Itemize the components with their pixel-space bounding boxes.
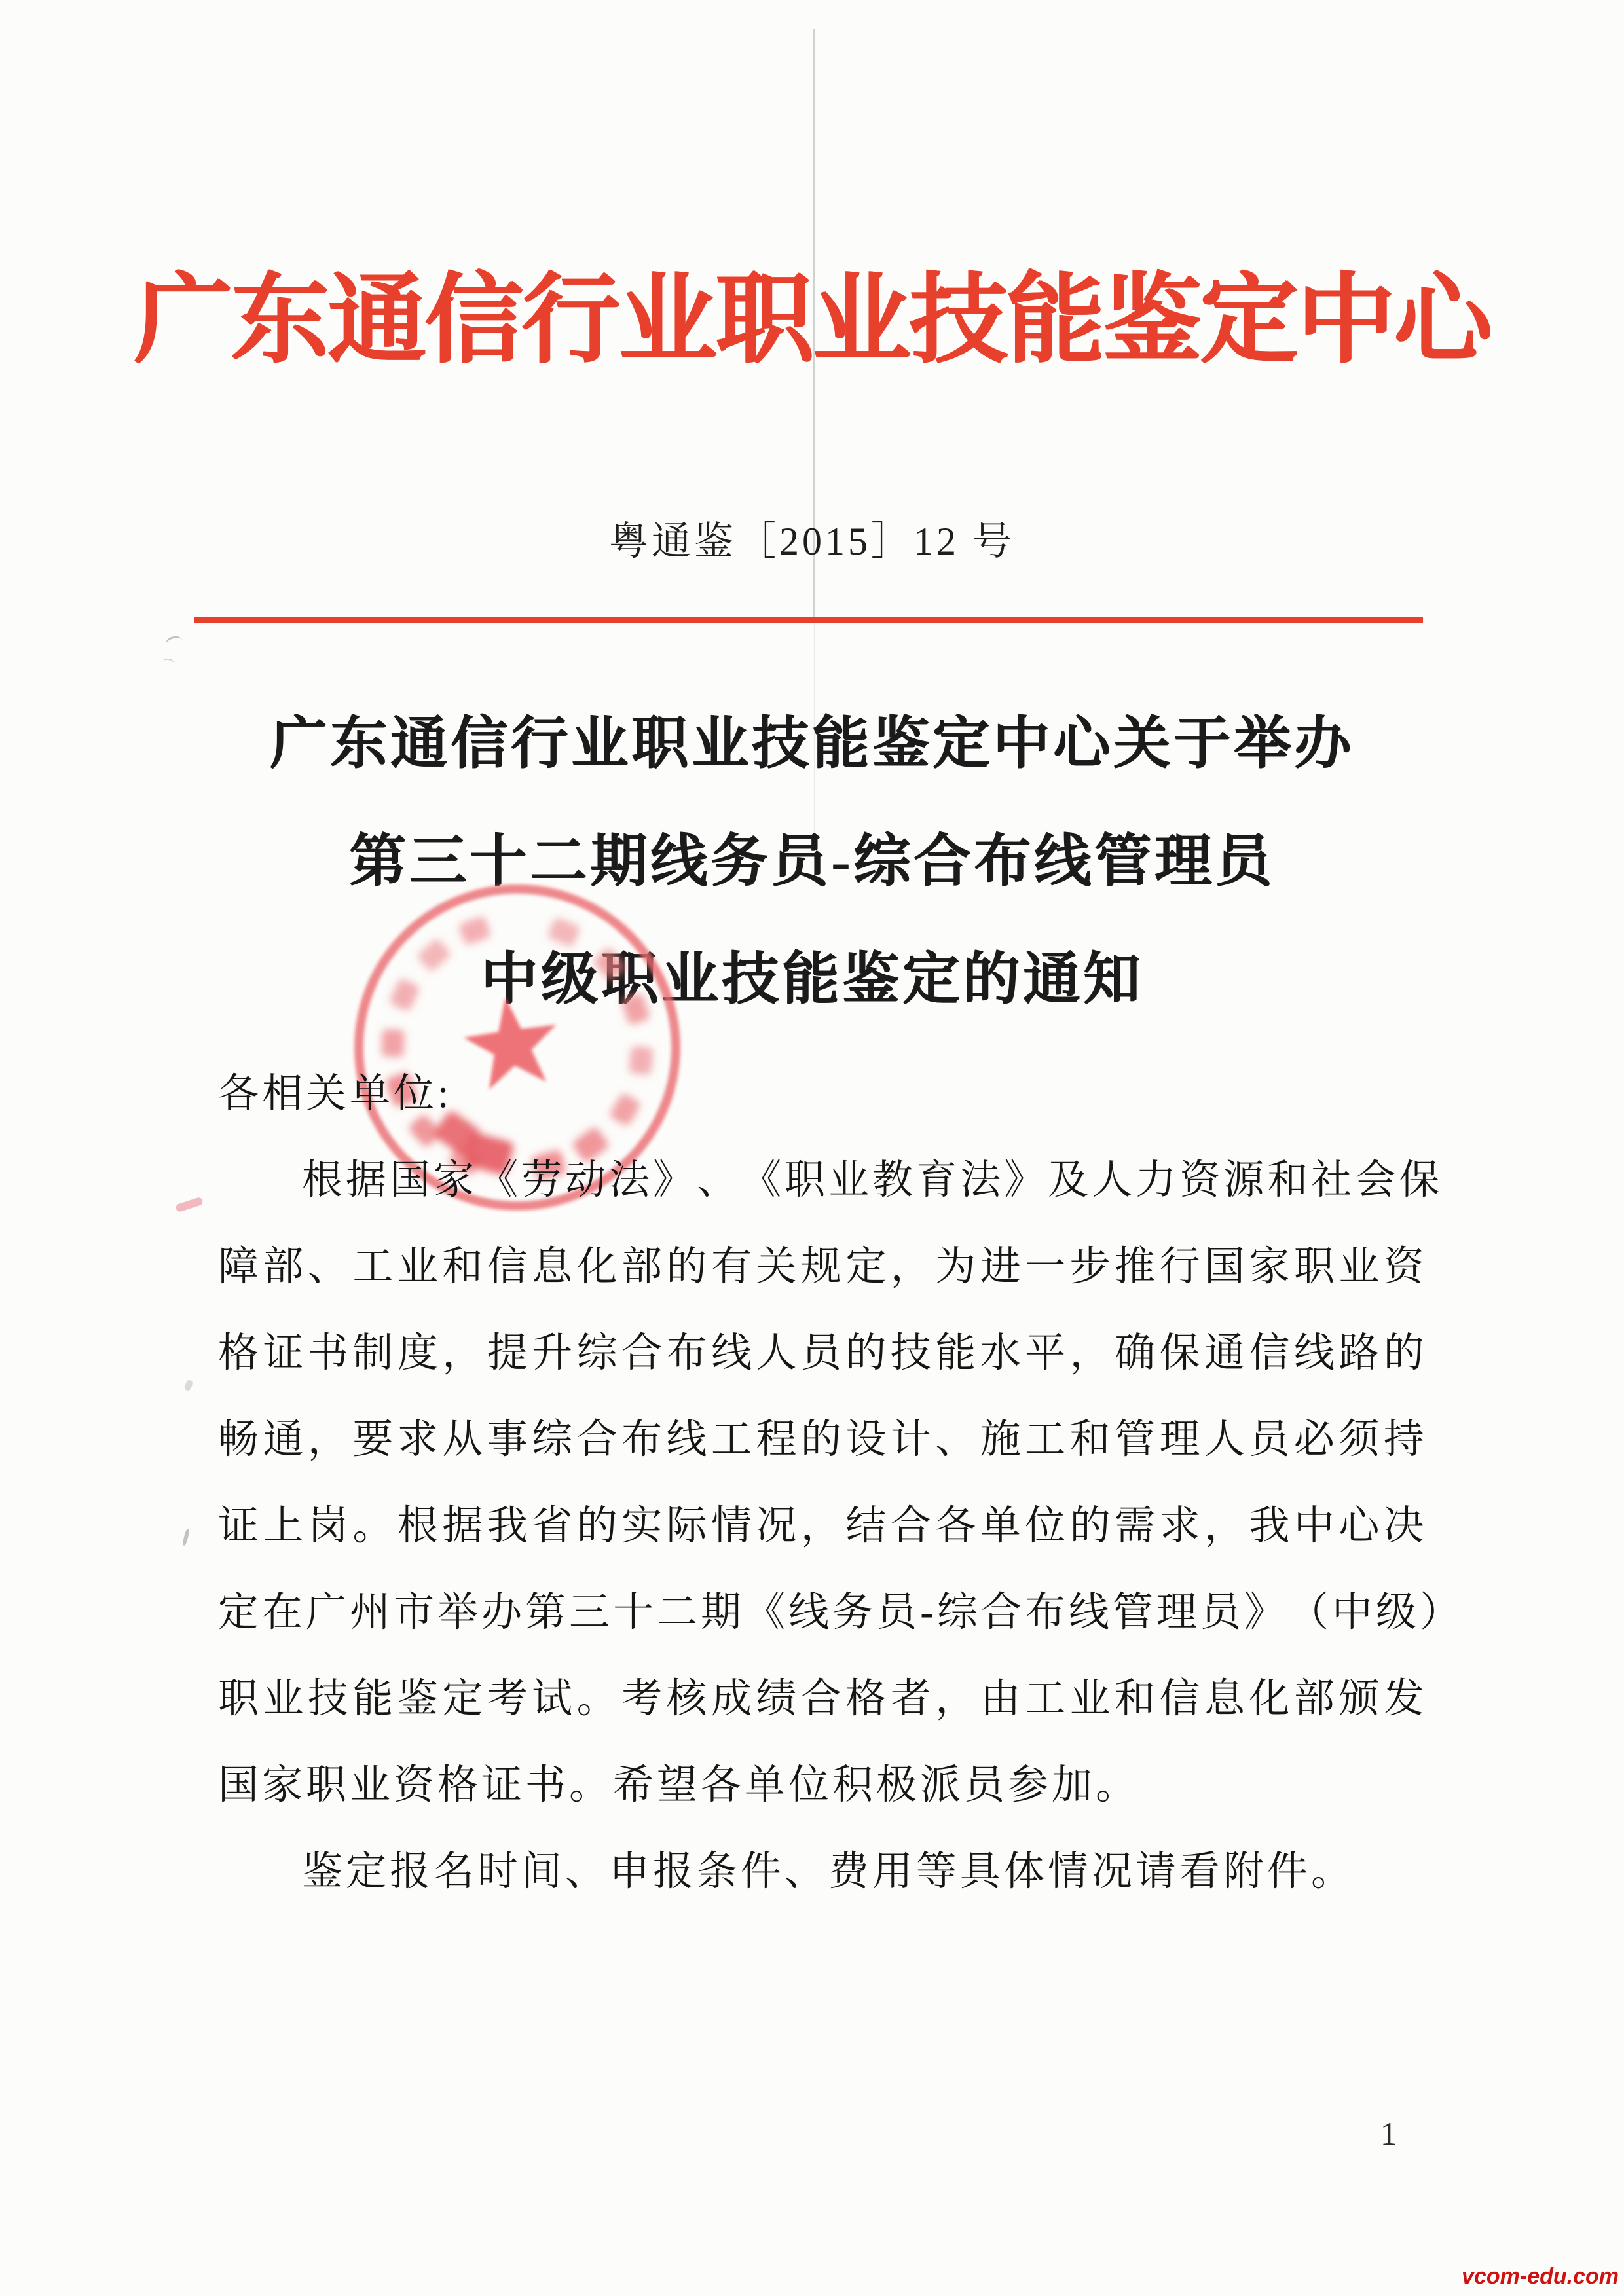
body-line: 证上岗。根据我省的实际情况，结合各单位的需求，我中心决	[218, 1483, 1428, 1569]
body-line: 职业技能鉴定考试。考核成绩合格者，由工业和信息化部颁发	[218, 1656, 1428, 1742]
body-line: 定在广州市举办第三十二期《线务员-综合布线管理员》（中级）	[218, 1569, 1428, 1656]
scan-speckle	[184, 1379, 194, 1391]
scan-speckle	[175, 1197, 204, 1212]
body-line: 畅通，要求从事综合布线工程的设计、施工和管理人员必须持	[218, 1396, 1428, 1483]
body-line: 根据国家《劳动法》、《职业教育法》及人力资源和社会保	[218, 1137, 1428, 1224]
page-number: 1	[1380, 2115, 1397, 2153]
document-title-line-1: 广东通信行业职业技能鉴定中心关于举办	[0, 685, 1624, 803]
document-body: 各相关单位: 根据国家《劳动法》、《职业教育法》及人力资源和社会保 障部、工业和…	[218, 1051, 1428, 1915]
body-line: 国家职业资格证书。希望各单位积极派员参加。	[218, 1742, 1428, 1829]
red-separator-rule	[194, 617, 1423, 623]
scan-speckle	[182, 1529, 190, 1546]
document-number: 粤通鉴［2015］12 号	[0, 522, 1624, 561]
scanned-document-page: 广东通信行业职业技能鉴定中心 粤通鉴［2015］12 号 广东通信行业职业技能鉴…	[0, 0, 1624, 2296]
body-line: 障部、工业和信息化部的有关规定，为进一步推行国家职业资	[218, 1224, 1428, 1310]
scan-speckle	[164, 634, 184, 651]
document-title: 广东通信行业职业技能鉴定中心关于举办 第三十二期线务员-综合布线管理员 中级职业…	[0, 685, 1624, 1038]
document-title-line-2: 第三十二期线务员-综合布线管理员	[0, 803, 1624, 920]
body-line: 鉴定报名时间、申报条件、费用等具体情况请看附件。	[218, 1829, 1428, 1915]
document-title-line-3: 中级职业技能鉴定的通知	[0, 920, 1624, 1038]
body-line: 格证书制度，提升综合布线人员的技能水平，确保通信线路的	[218, 1310, 1428, 1396]
scan-speckle	[162, 658, 175, 669]
letterhead-title: 广东通信行业职业技能鉴定中心	[0, 270, 1624, 373]
watermark-url: vcom-edu.com	[1226, 2264, 1619, 2289]
salutation: 各相关单位:	[218, 1051, 1428, 1137]
